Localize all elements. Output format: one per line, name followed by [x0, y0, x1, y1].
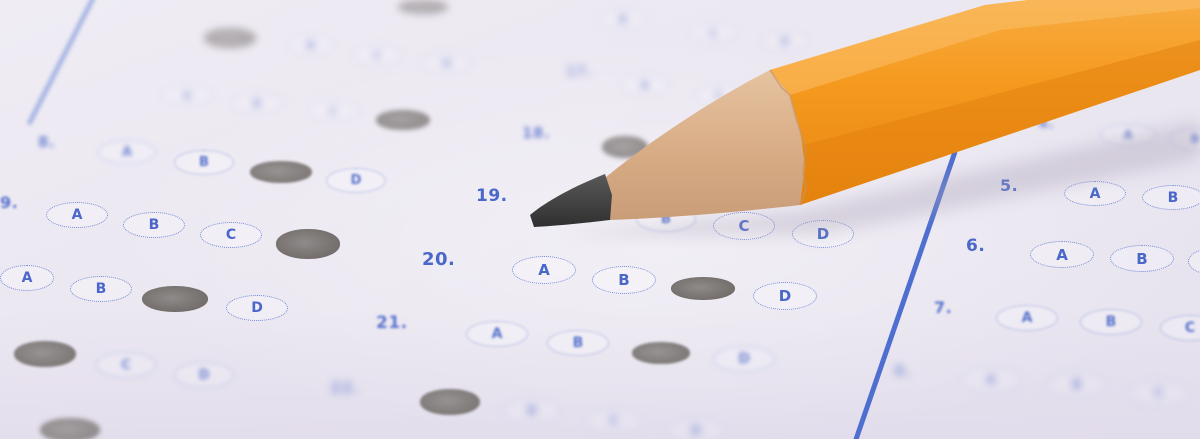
answer-bubble-c: C — [306, 100, 360, 122]
answer-bubble-c: C — [1128, 380, 1190, 406]
filled-bubble-mark — [14, 341, 76, 367]
answer-bubble-d: D — [713, 346, 775, 372]
answer-bubble-c: C — [584, 408, 644, 434]
answer-bubble-b: B — [1170, 128, 1200, 150]
answer-bubble-d: D — [326, 168, 386, 193]
question-number: 9. — [0, 193, 18, 212]
filled-bubble-mark — [142, 286, 208, 312]
answer-bubble-b: B — [620, 74, 670, 96]
question-number: 5. — [1000, 176, 1018, 195]
answer-bubble-b: B — [547, 330, 609, 356]
question-number: 20. — [422, 249, 455, 270]
filled-bubble-mark — [398, 0, 448, 14]
question-number: 17. — [566, 64, 592, 80]
answer-bubble-a: A — [1030, 241, 1094, 268]
answer-bubble-a: A — [0, 265, 54, 291]
answer-bubble-d: D — [174, 362, 234, 388]
answer-bubble-c: C — [1188, 248, 1200, 275]
filled-bubble-mark — [276, 229, 340, 259]
answer-bubble-b: B — [286, 34, 336, 56]
answer-bubble-b: B — [70, 276, 132, 302]
question-number: 18. — [522, 124, 550, 142]
column-divider-left — [27, 0, 99, 125]
answer-bubble-a: A — [160, 84, 214, 106]
answer-bubble-b: B — [123, 212, 185, 238]
answer-bubble-d: D — [226, 295, 288, 321]
filled-bubble-mark — [250, 161, 312, 183]
answer-bubble-b: B — [592, 266, 656, 294]
answer-bubble-d: D — [760, 30, 810, 52]
answer-bubble-c: C — [200, 222, 262, 248]
column-divider-right — [852, 150, 958, 439]
question-number: 8. — [894, 362, 911, 380]
answer-bubble-d: D — [792, 220, 854, 248]
question-number: 7. — [934, 298, 952, 317]
answer-bubble-b: B — [230, 92, 284, 114]
answer-bubble-b: B — [174, 150, 234, 175]
answer-bubble-b: B — [502, 398, 562, 424]
answer-bubble-a: A — [996, 305, 1058, 331]
answer-bubble-a: A — [98, 140, 156, 164]
question-number: 21. — [376, 313, 408, 333]
answer-bubble-a: A — [466, 321, 528, 347]
filled-bubble-mark — [376, 110, 430, 130]
filled-bubble-mark — [40, 418, 100, 439]
answer-bubble-c: C — [688, 22, 738, 44]
question-number: 8. — [38, 133, 55, 151]
answer-bubble-c: C — [352, 44, 402, 66]
filled-bubble-mark — [204, 28, 256, 48]
answer-bubble-a: A — [46, 202, 108, 228]
answer-bubble-b: B — [598, 8, 648, 30]
answer-bubble-b: B — [1110, 245, 1174, 272]
answer-bubble-a: A — [512, 256, 576, 284]
answer-bubble-b: B — [1142, 185, 1200, 210]
answer-bubble-b: B — [1080, 309, 1142, 335]
answer-bubble-d: D — [666, 418, 726, 439]
answer-bubble-a: A — [1064, 181, 1126, 206]
question-number: 6. — [966, 236, 985, 256]
answer-sheet-photo: 19.20.21.22.18.17.5.6.7.8.4.8.9. BCDABDA… — [0, 0, 1200, 439]
answer-bubble-b: B — [1046, 372, 1108, 398]
question-number: 19. — [476, 186, 508, 206]
answer-bubble-d: D — [422, 52, 472, 74]
answer-bubble-d: D — [753, 282, 817, 310]
answer-bubble-a: A — [1100, 124, 1156, 146]
answer-bubble-c: C — [1160, 315, 1200, 341]
question-number: 4. — [1038, 116, 1054, 132]
filled-bubble-mark — [602, 136, 648, 158]
question-number: 22. — [330, 378, 360, 397]
filled-bubble-mark — [632, 342, 690, 364]
answer-bubble-a: A — [960, 367, 1022, 393]
filled-bubble-mark — [420, 389, 480, 415]
answer-bubble-c: C — [694, 84, 744, 106]
filled-bubble-mark — [671, 277, 735, 300]
answer-bubble-c: C — [96, 352, 156, 378]
answer-bubble-c: C — [713, 212, 775, 240]
answer-bubble-b: B — [636, 206, 696, 232]
